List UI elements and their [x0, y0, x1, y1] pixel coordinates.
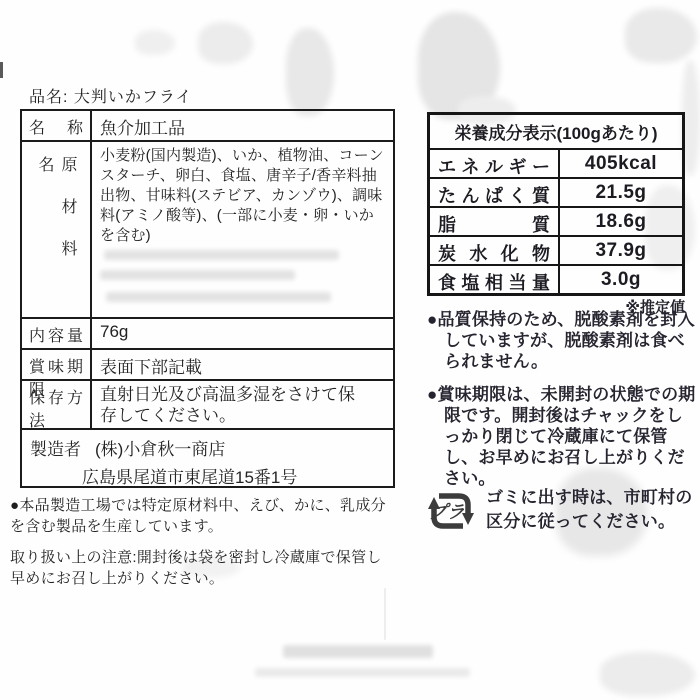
factory-allergen-note: ●本品製造工場では特定原材料中、えび、かに、乳成分を含む製品を生産しています。	[10, 495, 396, 537]
nutrition-label-carbohydrate: 炭水化物	[430, 237, 560, 264]
spec-value-ingredients: 小麦粉(国内製造)、いか、植物油、コーンスターチ、卵白、食塩、唐辛子/香辛料抽出…	[92, 142, 393, 317]
show-through-ghost-text	[104, 250, 339, 260]
show-through-ghost-text	[100, 270, 295, 280]
nutrition-row-salt: 食塩相当量 3.0g	[430, 266, 682, 293]
spec-row-net-content: 内容量 76g	[22, 317, 393, 348]
spec-label-ingredients: 原材料名	[22, 142, 92, 317]
spec-label-net-content: 内容量	[22, 319, 92, 348]
product-name: 品名: 大判いかフライ	[29, 84, 192, 107]
spec-row-storage: 保存方法 直射日光及び高温多湿をさけて保存してください。	[22, 379, 393, 428]
show-through-artifact	[600, 652, 695, 696]
nutrition-row-energy: エネルギー 405kcal	[430, 150, 682, 179]
nutrition-table: 栄養成分表示(100gあたり) エネルギー 405kcal たんぱく質 21.5…	[427, 112, 685, 296]
nutrition-value-energy: 405kcal	[560, 150, 682, 177]
nutrition-label-energy: エネルギー	[430, 150, 560, 177]
oxygen-absorber-note: ●品質保持のため、脱酸素剤を封入していますが、脱酸素剤は食べられません。	[427, 309, 699, 372]
spec-label-name: 名称	[22, 111, 92, 140]
plastic-recycling-icon: プラ	[427, 488, 475, 534]
manufacturer-address: 広島県尾道市東尾道15番1号	[30, 463, 389, 488]
expiry-after-opening-note: ●賞味期限は、未開封の状態での期限です。開封後はチャックをしっかり閉じて冷蔵庫に…	[427, 384, 699, 489]
manufacturer-name: (株)小倉秋一商店	[95, 435, 225, 460]
nutrition-value-protein: 21.5g	[560, 179, 682, 206]
show-through-artifact	[286, 28, 334, 116]
nutrition-value-carbohydrate: 37.9g	[560, 237, 682, 264]
nutrition-row-protein: たんぱく質 21.5g	[430, 179, 682, 208]
nutrition-value-fat: 18.6g	[560, 208, 682, 235]
spec-value-best-before: 表面下部記載	[92, 350, 393, 379]
spec-value-storage: 直射日光及び高温多湿をさけて保存してください。	[92, 381, 393, 428]
recycle-instruction: ゴミに出す時は、市町村の区分に従ってください。	[486, 486, 698, 534]
photo-edge-artifact	[0, 62, 3, 78]
spec-row-manufacturer: 製造者 (株)小倉秋一商店 広島県尾道市東尾道15番1号	[22, 428, 393, 486]
show-through-artifact	[198, 22, 253, 64]
nutrition-label-fat: 脂質	[430, 208, 560, 235]
spec-label-storage: 保存方法	[22, 381, 92, 428]
spec-row-name: 名称 魚介加工品	[22, 111, 393, 140]
nutrition-row-carbohydrate: 炭水化物 37.9g	[430, 237, 682, 266]
spec-value-name: 魚介加工品	[92, 111, 393, 140]
label-photo: 品名: 大判いかフライ 名称 魚介加工品 原材料名 小麦粉(国内製造)、いか、植…	[0, 0, 700, 700]
spec-row-ingredients: 原材料名 小麦粉(国内製造)、いか、植物油、コーンスターチ、卵白、食塩、唐辛子/…	[22, 140, 393, 317]
nutrition-row-fat: 脂質 18.6g	[430, 208, 682, 237]
nutrition-title: 栄養成分表示(100gあたり)	[430, 115, 682, 150]
spec-label-best-before: 賞味期限	[22, 350, 92, 379]
show-through-artifact	[135, 30, 175, 55]
show-through-ghost-text	[106, 292, 331, 302]
spec-table: 名称 魚介加工品 原材料名 小麦粉(国内製造)、いか、植物油、コーンスターチ、卵…	[20, 109, 395, 488]
show-through-ghost-text	[283, 645, 433, 658]
show-through-artifact	[625, 8, 697, 63]
recycle-section: プラ ゴミに出す時は、市町村の区分に従ってください。	[427, 486, 698, 534]
handling-note: 取り扱い上の注意:開封後は袋を密封し冷蔵庫で保管し早めにお召し上がりください。	[10, 547, 396, 589]
spec-value-net-content: 76g	[92, 319, 393, 348]
nutrition-label-salt: 食塩相当量	[430, 266, 560, 293]
manufacturer-cell: 製造者 (株)小倉秋一商店 広島県尾道市東尾道15番1号	[22, 430, 393, 486]
nutrition-label-protein: たんぱく質	[430, 179, 560, 206]
spec-row-best-before: 賞味期限 表面下部記載	[22, 348, 393, 379]
pla-mark-text: プラ	[427, 502, 465, 522]
show-through-ghost-text	[255, 668, 470, 677]
nutrition-value-salt: 3.0g	[560, 266, 682, 293]
photo-crease-artifact	[384, 588, 386, 640]
manufacturer-label: 製造者	[30, 435, 81, 460]
